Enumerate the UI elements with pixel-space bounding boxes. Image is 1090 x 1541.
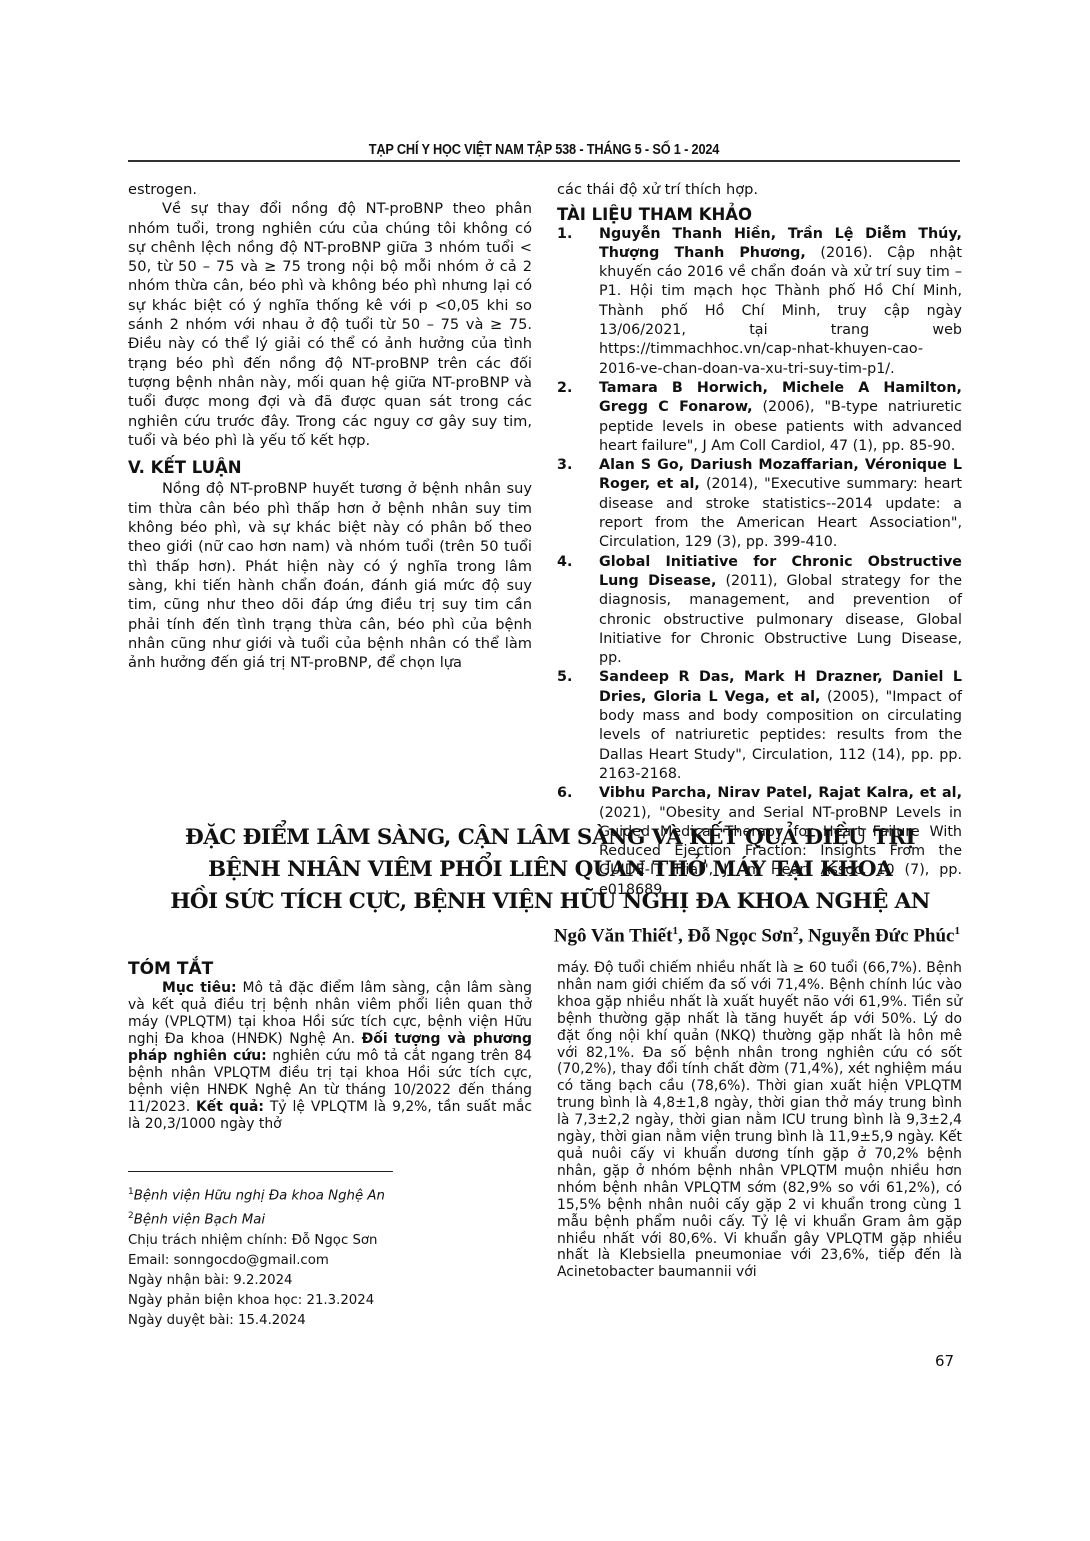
- affiliation-2: 2Bệnh viện Bạch Mai: [128, 1206, 528, 1230]
- reference-item: 4.Global Initiative for Chronic Obstruct…: [557, 553, 962, 669]
- email: Email: sonngocdo@gmail.com: [128, 1251, 528, 1271]
- objective-label: Mục tiêu:: [162, 980, 237, 996]
- reference-details: (2016). Cập nhật khuyến cáo 2016 về chẩn…: [599, 245, 962, 377]
- page-number: 67: [935, 1352, 954, 1370]
- abstract-results-continued: máy. Độ tuổi chiếm nhiều nhất là ≥ 60 tu…: [557, 960, 962, 1281]
- author-separator: ,: [678, 925, 688, 946]
- results-label: Kết quả:: [196, 1099, 264, 1115]
- reference-number: 2.: [557, 379, 572, 398]
- corresponding-author: Chịu trách nhiệm chính: Đỗ Ngọc Sơn: [128, 1231, 528, 1251]
- author-separator: ,: [798, 925, 808, 946]
- affiliation-1: 1Bệnh viện Hữu nghị Đa khoa Nghệ An: [128, 1182, 528, 1206]
- paragraph-estrogen: estrogen.: [128, 180, 532, 199]
- author-affiliation-mark: 1: [955, 925, 961, 937]
- reference-item: 5.Sandeep R Das, Mark H Drazner, Daniel …: [557, 668, 962, 784]
- reference-item: 2.Tamara B Horwich, Michele A Hamilton, …: [557, 379, 962, 456]
- date-reviewed: Ngày phản biện khoa học: 21.3.2024: [128, 1291, 528, 1311]
- affiliation-text: Bệnh viện Hữu nghị Đa khoa Nghệ An: [134, 1188, 385, 1203]
- title-line-3: HỒI SỨC TÍCH CỰC, BỆNH VIỆN HỮU NGHỊ ĐA …: [150, 886, 950, 918]
- section-heading-conclusion: V. KẾT LUẬN: [128, 458, 532, 477]
- prev-article-right-column: các thái độ xử trí thích hợp. TÀI LIỆU T…: [557, 180, 962, 900]
- footnote-rule: [128, 1171, 393, 1172]
- abstract-left-column: TÓM TẮT Mục tiêu: Mô tả đặc điểm lâm sàn…: [128, 960, 532, 1132]
- date-received: Ngày nhận bài: 9.2.2024: [128, 1271, 528, 1291]
- author-name: Nguyễn Đức Phúc: [808, 925, 955, 946]
- title-line-2: BỆNH NHÂN VIÊM PHỔI LIÊN QUAN THỞ MÁY TẠ…: [150, 854, 950, 886]
- reference-item: 1.Nguyễn Thanh Hiền, Trần Lệ Diễm Thúy, …: [557, 225, 962, 379]
- paragraph-age-groups: Về sự thay đổi nồng độ NT-proBNP theo ph…: [128, 199, 532, 450]
- reference-number: 1.: [557, 225, 572, 244]
- title-line-1: ĐẶC ĐIỂM LÂM SÀNG, CẬN LÂM SÀNG VÀ KẾT Q…: [150, 822, 950, 854]
- date-accepted: Ngày duyệt bài: 15.4.2024: [128, 1311, 528, 1331]
- footnotes: 1Bệnh viện Hữu nghị Đa khoa Nghệ An 2Bện…: [128, 1182, 528, 1331]
- paragraph-continuation: các thái độ xử trí thích hợp.: [557, 180, 962, 199]
- affiliation-text: Bệnh viện Bạch Mai: [134, 1213, 265, 1228]
- reference-number: 6.: [557, 784, 572, 803]
- reference-list: 1.Nguyễn Thanh Hiền, Trần Lệ Diễm Thúy, …: [557, 225, 962, 900]
- header-rule: [128, 160, 960, 162]
- reference-item: 3.Alan S Go, Dariush Mozaffarian, Véroni…: [557, 456, 962, 552]
- running-header: TẠP CHÍ Y HỌC VIỆT NAM TẬP 538 - THÁNG 5…: [178, 142, 910, 158]
- journal-page: TẠP CHÍ Y HỌC VIỆT NAM TẬP 538 - THÁNG 5…: [0, 0, 1090, 1541]
- paragraph-conclusion: Nồng độ NT-proBNP huyết tương ở bệnh nhâ…: [128, 479, 532, 672]
- abstract-right-column: máy. Độ tuổi chiếm nhiều nhất là ≥ 60 tu…: [557, 960, 962, 1281]
- reference-number: 3.: [557, 456, 572, 475]
- abstract-paragraph: Mục tiêu: Mô tả đặc điểm lâm sàng, cận l…: [128, 980, 532, 1132]
- abstract-heading: TÓM TẮT: [128, 960, 532, 979]
- reference-number: 5.: [557, 668, 572, 687]
- reference-authors: Vibhu Parcha, Nirav Patel, Rajat Kalra, …: [599, 785, 962, 801]
- author-name: Đỗ Ngọc Sơn: [687, 925, 793, 946]
- section-heading-references: TÀI LIỆU THAM KHẢO: [557, 205, 962, 224]
- article-authors: Ngô Văn Thiết1, Đỗ Ngọc Sơn2, Nguyễn Đức…: [554, 925, 960, 947]
- reference-number: 4.: [557, 553, 572, 572]
- author-name: Ngô Văn Thiết: [554, 925, 673, 946]
- prev-article-left-column: estrogen. Về sự thay đổi nồng độ NT-proB…: [128, 180, 532, 672]
- article-title: ĐẶC ĐIỂM LÂM SÀNG, CẬN LÂM SÀNG VÀ KẾT Q…: [150, 822, 950, 918]
